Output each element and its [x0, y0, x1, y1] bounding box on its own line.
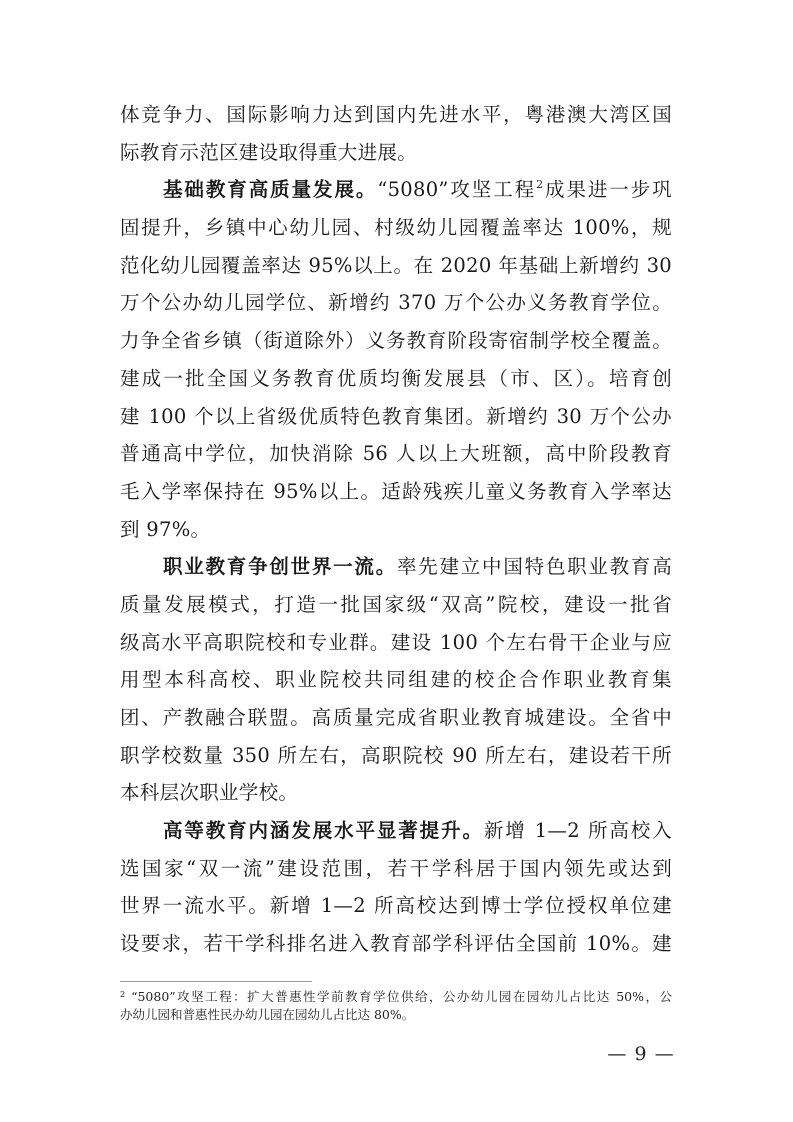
body-line: 级高水平高职院校和专业群。建设 100 个左右骨干企业与应 [120, 624, 672, 662]
footnote-line: 办幼儿园和普惠性民办幼儿园在园幼儿占比达 80%。 [120, 1006, 672, 1024]
body-line: 际教育示范区建设取得重大进展。 [120, 134, 672, 172]
body-line: 设要求，若干学科排名进入教育部学科评估全国前 10%。建 [120, 925, 672, 963]
body-line: 建 100 个以上省级优质特色教育集团。新增约 30 万个公办 [120, 398, 672, 436]
document-page: 体竞争力、国际影响力达到国内先进水平，粤港澳大湾区国 际教育示范区建设取得重大进… [0, 0, 793, 1122]
body-line: 团、产教融合联盟。高质量完成省职业教育城建设。全省中 [120, 699, 672, 737]
section-vocational-education-first-line: 职业教育争创世界一流。率先建立中国特色职业教育高 [120, 548, 672, 586]
body-line: 万个公办幼儿园学位、新增约 370 万个公办义务教育学位。 [120, 284, 672, 322]
body-line: 体竞争力、国际影响力达到国内先进水平，粤港澳大湾区国 [120, 96, 672, 134]
body-line: 到 97%。 [120, 511, 672, 549]
body-line: 范化幼儿园覆盖率达 95%以上。在 2020 年基础上新增约 30 [120, 247, 672, 285]
section-higher-education-first-line: 高等教育内涵发展水平显著提升。新增 1—2 所高校入 [120, 812, 672, 850]
body-text-span: 成果进一步巩 [543, 178, 672, 201]
body-line: 选国家“双一流”建设范围，若干学科居于国内领先或达到 [120, 850, 672, 888]
body-line: 职学校数量 350 所左右，高职院校 90 所左右，建设若干所 [120, 737, 672, 775]
body-line: 毛入学率保持在 95%以上。适龄残疾儿童义务教育入学率达 [120, 473, 672, 511]
body-line: 力争全省乡镇（街道除外）义务教育阶段寄宿制学校全覆盖。 [120, 322, 672, 360]
footnote-marker: 2 [120, 990, 125, 999]
body-text-span: 新增 1—2 所高校入 [484, 819, 672, 842]
body-line: 世界一流水平。新增 1—2 所高校达到博士学位授权单位建 [120, 887, 672, 925]
body-line: 本科层次职业学校。 [120, 774, 672, 812]
section-heading-basic-education: 基础教育高质量发展。 [163, 178, 377, 201]
body-line: 固提升，乡镇中心幼儿园、村级幼儿园覆盖率达 100%，规 [120, 209, 672, 247]
section-heading-vocational-education: 职业教育争创世界一流。 [163, 555, 397, 578]
body-text-span: “5080”攻坚工程 [377, 178, 536, 201]
body-text: 体竞争力、国际影响力达到国内先进水平，粤港澳大湾区国 际教育示范区建设取得重大进… [120, 96, 672, 963]
footnote-divider [120, 981, 312, 982]
body-line: 质量发展模式，打造一批国家级“双高”院校，建设一批省 [120, 586, 672, 624]
page-number: — 9 — [606, 1040, 676, 1068]
section-basic-education-first-line: 基础教育高质量发展。“5080”攻坚工程2成果进一步巩 [120, 171, 672, 209]
footnote-text: “5080”攻坚工程：扩大普惠性学前教育学位供给，公办幼儿园在园幼儿占比达 50… [131, 989, 672, 1004]
body-line: 用型本科高校、职业院校共同组建的校企合作职业教育集 [120, 661, 672, 699]
body-line: 普通高中学位，加快消除 56 人以上大班额，高中阶段教育 [120, 435, 672, 473]
footnote-line: 2“5080”攻坚工程：扩大普惠性学前教育学位供给，公办幼儿园在园幼儿占比达 5… [120, 988, 672, 1006]
body-text-span: 率先建立中国特色职业教育高 [397, 555, 672, 578]
section-heading-higher-education: 高等教育内涵发展水平显著提升。 [163, 819, 484, 842]
body-line: 建成一批全国义务教育优质均衡发展县（市、区）。培育创 [120, 360, 672, 398]
footnote: 2“5080”攻坚工程：扩大普惠性学前教育学位供给，公办幼儿园在园幼儿占比达 5… [120, 988, 672, 1024]
